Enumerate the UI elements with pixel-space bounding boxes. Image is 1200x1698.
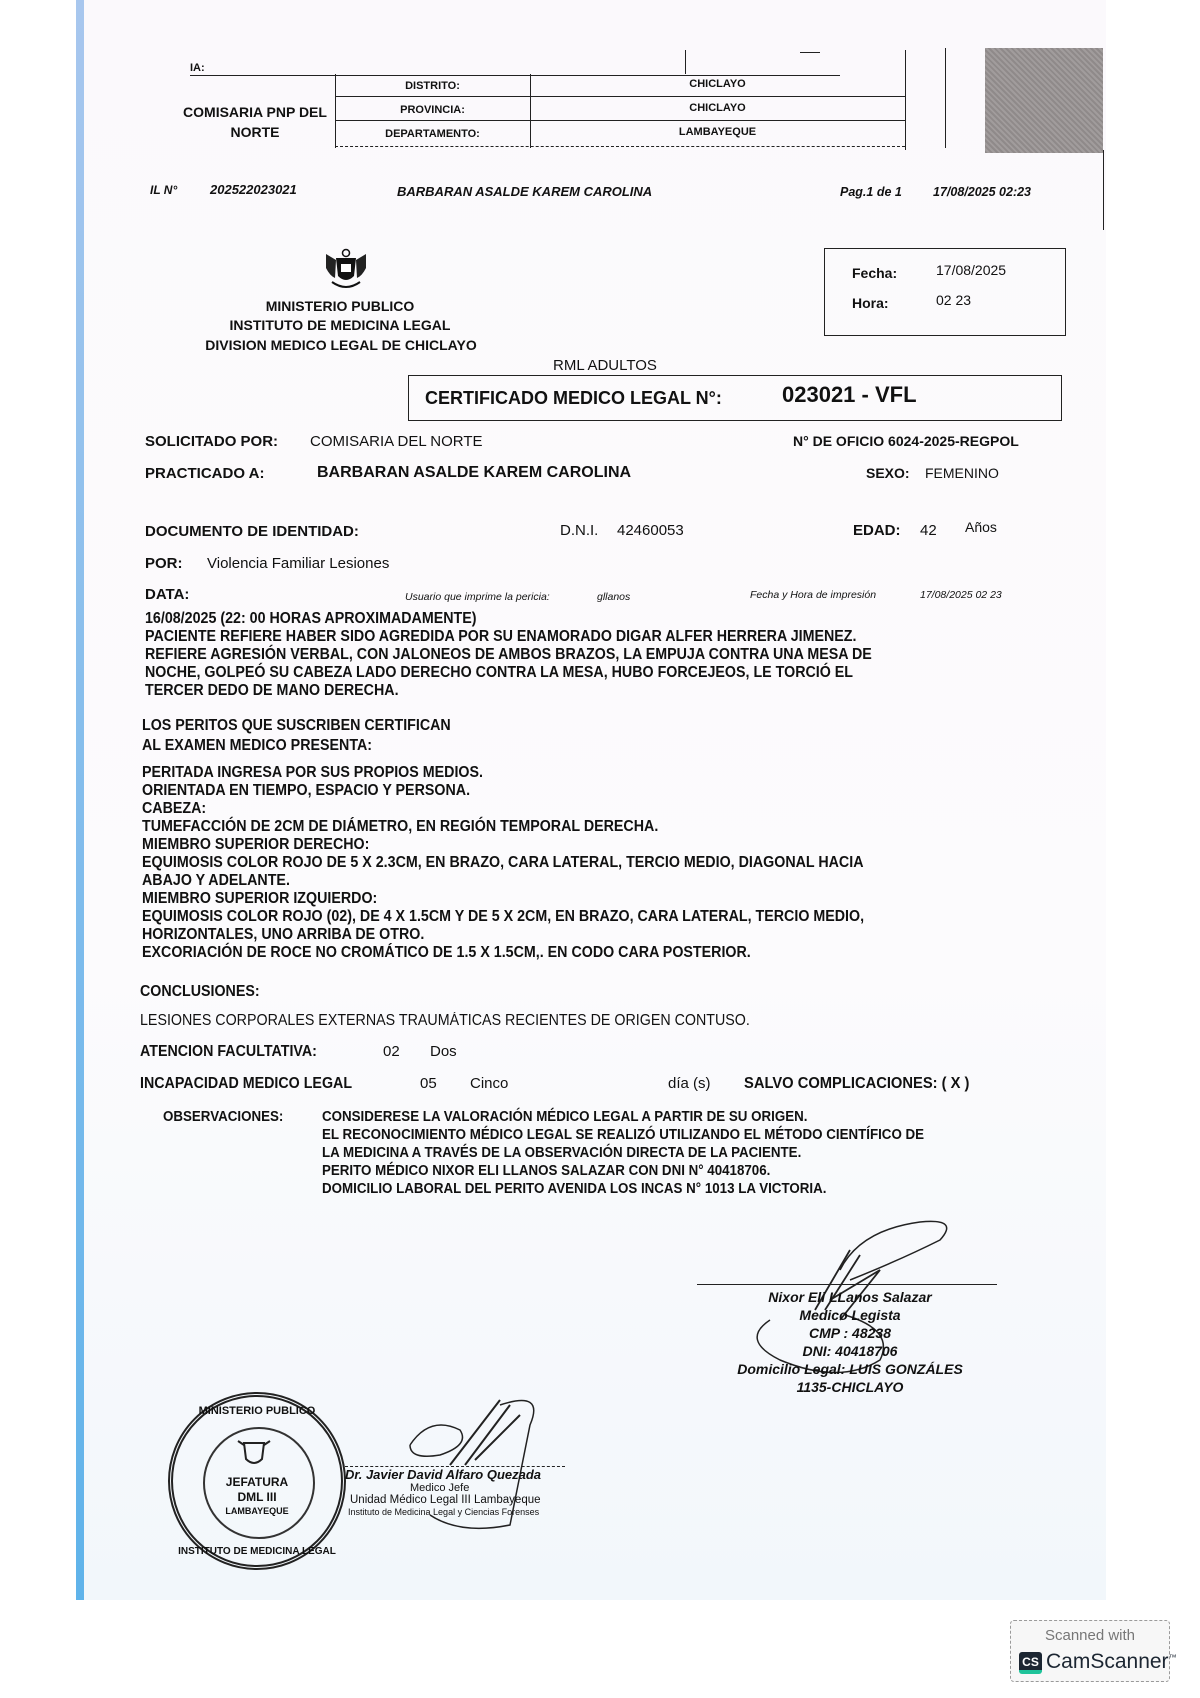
exam-line: EQUIMOSIS COLOR ROJO (02), DE 4 X 1.5CM …	[142, 908, 864, 926]
exam-line: PERITADA INGRESA POR SUS PROPIOS MEDIOS.	[142, 764, 864, 782]
conclusions-label: CONCLUSIONES:	[140, 983, 260, 1001]
atencion-label: ATENCION FACULTATIVA:	[140, 1043, 317, 1061]
jefe-institute: Instituto de Medicina Legal y Ciencias F…	[348, 1507, 539, 1517]
certificate-title-label: CERTIFICADO MEDICO LEGAL N°:	[425, 388, 722, 409]
por-value: Violencia Familiar Lesiones	[207, 555, 389, 572]
exam-line: ORIENTADA EN TIEMPO, ESPACIO Y PERSONA.	[142, 782, 864, 800]
il-number: 202522023021	[210, 182, 297, 197]
station-line-2: NORTE	[175, 124, 335, 140]
jefe-role: Medico Jefe	[410, 1482, 469, 1494]
seal-ring-bottom: INSTITUTO DE MEDICINA LEGAL	[173, 1546, 341, 1557]
perito-domicilio: Domicilio Legal: LUIS GONZÁLES	[700, 1361, 1000, 1377]
data-narrative: 16/08/2025 (22: 00 HORAS APROXIMADAMENTE…	[145, 610, 872, 700]
usuario-value: gllanos	[597, 591, 630, 603]
camscanner-watermark: Scanned with CS CamScanner™	[1010, 1620, 1170, 1682]
observacion-line: CONSIDERESE LA VALORACIÓN MÉDICO LEGAL A…	[322, 1108, 924, 1126]
seal-center-3: LAMBAYEQUE	[173, 1506, 341, 1516]
header-top-label: IA:	[190, 62, 205, 74]
observacion-line: DOMICILIO LABORAL DEL PERITO AVENIDA LOS…	[322, 1180, 924, 1198]
documento-label: DOCUMENTO DE IDENTIDAD:	[145, 523, 359, 540]
incapacidad-words: Cinco	[470, 1075, 508, 1092]
il-label: IL N°	[150, 183, 177, 197]
exam-line: MIEMBRO SUPERIOR IZQUIERDO:	[142, 890, 864, 908]
data-line: NOCHE, GOLPEÓ SU CABEZA LADO DERECHO CON…	[145, 664, 872, 682]
dni-value: 42460053	[617, 522, 684, 539]
por-label: POR:	[145, 555, 183, 572]
institution-line-2: INSTITUTO DE MEDICINA LEGAL	[190, 317, 490, 333]
incapacidad-unit: día (s)	[668, 1075, 711, 1092]
data-line: 16/08/2025 (22: 00 HORAS APROXIMADAMENTE…	[145, 610, 872, 628]
watermark-line-2: CamScanner™	[1046, 1650, 1177, 1674]
peru-coat-of-arms-icon	[322, 248, 370, 297]
jefe-unit: Unidad Médico Legal III Lambayeque	[350, 1494, 541, 1506]
observaciones-text: CONSIDERESE LA VALORACIÓN MÉDICO LEGAL A…	[322, 1108, 924, 1198]
exam-line: EQUIMOSIS COLOR ROJO DE 5 X 2.3CM, EN BR…	[142, 854, 864, 872]
impresion-label: Fecha y Hora de impresión	[750, 589, 876, 601]
incapacidad-number: 05	[420, 1075, 437, 1092]
exam-findings: PERITADA INGRESA POR SUS PROPIOS MEDIOS.…	[142, 764, 864, 962]
sexo-value: FEMENINO	[925, 465, 999, 481]
sexo-label: SEXO:	[866, 465, 910, 481]
salvo-complicaciones: SALVO COMPLICACIONES: ( X )	[744, 1075, 969, 1093]
oficio-number: N° DE OFICIO 6024-2025-REGPOL	[793, 433, 1019, 449]
hora-value: 02 23	[936, 292, 971, 308]
atencion-number: 02	[383, 1043, 400, 1060]
data-label: DATA:	[145, 586, 189, 603]
trademark: ™	[1169, 1653, 1177, 1662]
edad-label: EDAD:	[853, 522, 901, 539]
institution-line-3: DIVISION MEDICO LEGAL DE CHICLAYO	[186, 337, 496, 353]
distrito-label: DISTRITO:	[335, 80, 530, 92]
page-indicator: Pag.1 de 1	[840, 185, 902, 199]
print-datetime: 17/08/2025 02:23	[933, 185, 1031, 199]
departamento-value: LAMBAYEQUE	[530, 126, 905, 138]
certificate-category: RML ADULTOS	[553, 357, 657, 374]
atencion-words: Dos	[430, 1043, 457, 1060]
conclusions-text: LESIONES CORPORALES EXTERNAS TRAUMÁTICAS…	[140, 1012, 750, 1030]
exam-line: CABEZA:	[142, 800, 864, 818]
data-line: REFIERE AGRESIÓN VERBAL, CON JALONEOS DE…	[145, 646, 872, 664]
incapacidad-label: INCAPACIDAD MEDICO LEGAL	[140, 1075, 352, 1093]
impresion-value: 17/08/2025 02 23	[920, 589, 1002, 601]
observacion-line: LA MEDICINA A TRAVÉS DE LA OBSERVACIÓN D…	[322, 1144, 924, 1162]
fecha-value: 17/08/2025	[936, 262, 1006, 278]
perito-dni: DNI: 40418706	[700, 1343, 1000, 1359]
solicitado-label: SOLICITADO POR:	[145, 433, 278, 450]
seal-center-2: DML III	[173, 1490, 341, 1504]
fecha-label: Fecha:	[852, 265, 897, 281]
exam-line: TUMEFACCIÓN DE 2CM DE DIÁMETRO, EN REGIÓ…	[142, 818, 864, 836]
photo-placeholder	[985, 48, 1103, 153]
practicado-value: BARBARAN ASALDE KAREM CAROLINA	[317, 464, 631, 482]
provincia-label: PROVINCIA:	[335, 104, 530, 116]
practicado-label: PRACTICADO A:	[145, 465, 264, 482]
observacion-line: EL RECONOCIMIENTO MÉDICO LEGAL SE REALIZ…	[322, 1126, 924, 1144]
certify-heading: LOS PERITOS QUE SUSCRIBEN CERTIFICAN AL …	[142, 716, 451, 756]
perito-name: Nixor Eli LLanos Salazar	[700, 1289, 1000, 1305]
provincia-value: CHICLAYO	[530, 102, 905, 114]
scan-edge	[76, 0, 84, 1600]
perito-domicilio-2: 1135-CHICLAYO	[700, 1379, 1000, 1395]
exam-line: HORIZONTALES, UNO ARRIBA DE OTRO.	[142, 926, 864, 944]
seal-emblem-icon	[236, 1439, 272, 1474]
edad-value: 42	[920, 522, 937, 539]
hora-label: Hora:	[852, 295, 889, 311]
camscanner-name: CamScanner	[1046, 1650, 1169, 1673]
print-patient-name: BARBARAN ASALDE KAREM CAROLINA	[397, 184, 652, 199]
certificate-number: 023021 - VFL	[782, 382, 917, 408]
dni-label: D.N.I.	[560, 522, 598, 539]
watermark-line-1: Scanned with	[1011, 1627, 1169, 1644]
usuario-label: Usuario que imprime la pericia:	[405, 591, 550, 603]
official-seal: MINISTERIO PUBLICO INSTITUTO DE MEDICINA…	[168, 1392, 346, 1570]
distrito-value: CHICLAYO	[530, 78, 905, 90]
exam-line: MIEMBRO SUPERIOR DERECHO:	[142, 836, 864, 854]
exam-line: ABAJO Y ADELANTE.	[142, 872, 864, 890]
certify-heading-line: LOS PERITOS QUE SUSCRIBEN CERTIFICAN	[142, 716, 451, 736]
departamento-label: DEPARTAMENTO:	[335, 128, 530, 140]
exam-line: EXCORIACIÓN DE ROCE NO CROMÁTICO DE 1.5 …	[142, 944, 864, 962]
data-line: PACIENTE REFIERE HABER SIDO AGREDIDA POR…	[145, 628, 872, 646]
seal-center-1: JEFATURA	[173, 1475, 341, 1489]
solicitado-value: COMISARIA DEL NORTE	[310, 433, 483, 450]
perito-role: Medico Legista	[700, 1307, 1000, 1323]
edad-unit: Años	[965, 519, 997, 535]
seal-ring-top: MINISTERIO PUBLICO	[173, 1405, 341, 1417]
perito-cmp: CMP : 48238	[700, 1325, 1000, 1341]
jefe-name: Dr. Javier David Alfaro Quezada	[345, 1467, 541, 1482]
observacion-line: PERITO MÉDICO NIXOR ELI LLANOS SALAZAR C…	[322, 1162, 924, 1180]
institution-line-1: MINISTERIO PUBLICO	[190, 298, 490, 314]
observaciones-label: OBSERVACIONES:	[163, 1108, 283, 1126]
camscanner-logo-icon: CS	[1019, 1652, 1042, 1674]
station-line-1: COMISARIA PNP DEL	[175, 104, 335, 120]
data-line: TERCER DEDO DE MANO DERECHA.	[145, 682, 872, 700]
certify-heading-line: AL EXAMEN MEDICO PRESENTA:	[142, 736, 451, 756]
